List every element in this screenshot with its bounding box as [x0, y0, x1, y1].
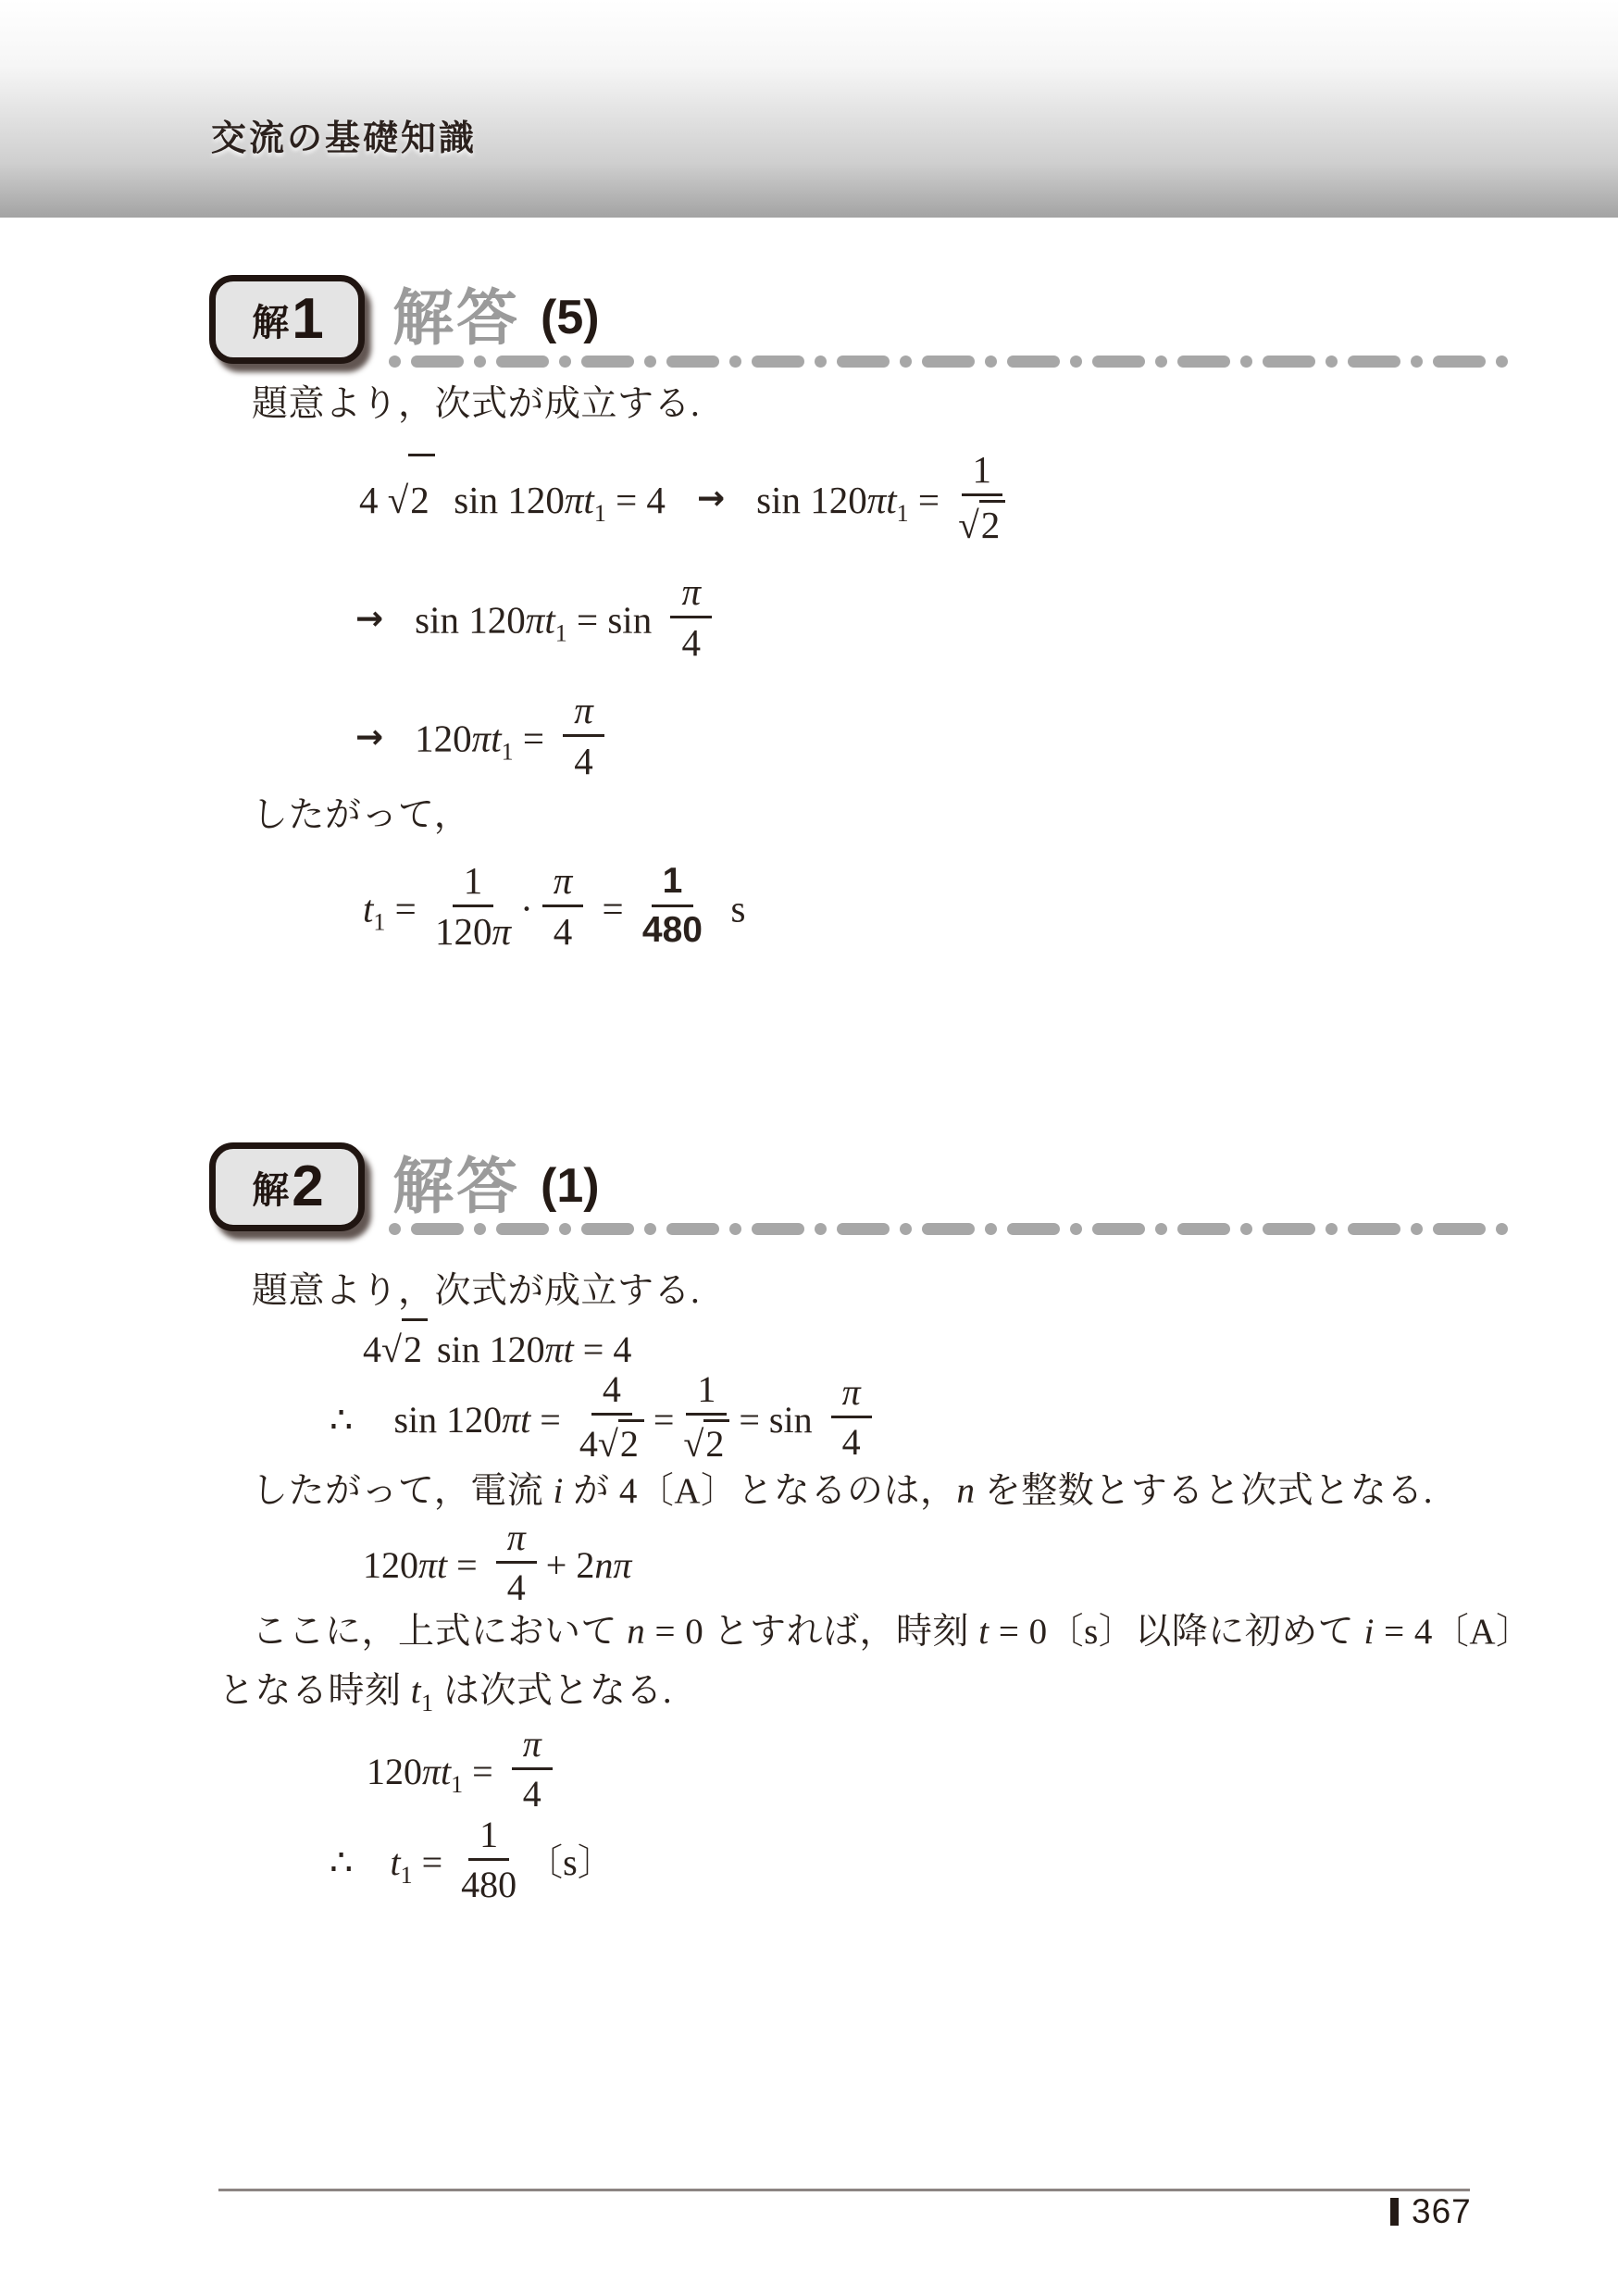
divider-dot — [985, 1223, 997, 1235]
divider-dot — [985, 356, 997, 368]
divider-dot — [1155, 1223, 1167, 1235]
page-number: 367 — [1390, 2192, 1472, 2231]
divider-dash — [581, 1223, 634, 1235]
divider-dot — [1155, 356, 1167, 368]
paragraph: となる時刻 t1 は次式となる. — [218, 1670, 672, 1717]
paragraph: 題意より，次式が成立する. — [252, 383, 700, 427]
divider-dash — [922, 356, 975, 368]
divider-dash — [411, 356, 464, 368]
math-line: →120πt1 = π4 — [355, 696, 614, 763]
badge-number: 2 — [292, 1158, 321, 1216]
divider-dot — [815, 356, 827, 368]
dashed-divider — [389, 355, 1508, 368]
divider-dash — [1348, 1223, 1400, 1235]
divider-dot — [1240, 356, 1252, 368]
solution-badge-2: 解 2 — [209, 1142, 365, 1231]
solution-title-1: 解答 (5) — [392, 278, 600, 357]
solution-answer-number: (1) — [541, 1162, 600, 1210]
math-line: →sin 120πt1 = sin π4 — [355, 578, 721, 648]
badge-kanji: 解 — [252, 293, 289, 346]
math-line: ∴t1 = 1480〔s〕 — [330, 1816, 615, 1909]
divider-dash — [1177, 356, 1230, 368]
divider-dash — [666, 1223, 719, 1235]
solution-title-text: 解答 — [392, 1155, 520, 1217]
math-line: 120πt1 = π4 — [367, 1729, 562, 1815]
paragraph: 題意より，次式が成立する. — [252, 1270, 700, 1314]
divider-dot — [559, 356, 571, 368]
badge-number: 1 — [292, 291, 321, 348]
page-header-title: 交流の基礎知識 — [211, 109, 477, 160]
divider-dot — [474, 1223, 486, 1235]
solution-title-2: 解答 (1) — [392, 1146, 600, 1226]
paragraph: ここに，上式において n = 0 とすれば，時刻 t = 0〔s〕以降に初めて … — [252, 1611, 1533, 1654]
divider-dash — [1177, 1223, 1230, 1235]
divider-dot — [1240, 1223, 1252, 1235]
footer-rule — [218, 2189, 1470, 2191]
math-line: ∴sin 120πt = 44√2=1√2= sin π4 — [330, 1374, 881, 1466]
divider-dash — [1348, 356, 1400, 368]
divider-dash — [752, 356, 804, 368]
divider-dot — [474, 356, 486, 368]
divider-dash — [411, 1223, 464, 1235]
divider-dot — [644, 1223, 656, 1235]
math-line: 4 √2 sin 120πt1 = 4→sin 120πt1 = 1√2 — [359, 454, 1014, 537]
badge-kanji: 解 — [252, 1161, 289, 1214]
divider-dot — [729, 1223, 741, 1235]
page-root: 交流の基礎知識 解 1 解答 (5) 題意より，次式が成立する. 4 √2 si… — [0, 0, 1618, 2296]
solution-badge-1: 解 1 — [209, 275, 365, 364]
divider-dot — [1411, 356, 1423, 368]
divider-dash — [1092, 1223, 1145, 1235]
divider-dash — [837, 1223, 890, 1235]
math-line: 120πt = π4+ 2nπ — [363, 1524, 631, 1607]
dashed-divider — [389, 1222, 1508, 1235]
divider-dash — [1263, 356, 1315, 368]
divider-dash — [496, 1223, 549, 1235]
divider-dot — [1326, 356, 1338, 368]
divider-dot — [1411, 1223, 1423, 1235]
divider-dot — [389, 356, 401, 368]
divider-dot — [900, 356, 912, 368]
math-line: 4√2 sin 120πt = 4 — [363, 1318, 631, 1372]
divider-dot — [900, 1223, 912, 1235]
header-band: 交流の基礎知識 — [0, 0, 1618, 218]
divider-dash — [1007, 356, 1060, 368]
page-number-bar — [1390, 2198, 1399, 2226]
paragraph: したがって， — [252, 794, 470, 838]
divider-dot — [389, 1223, 401, 1235]
divider-dash — [1263, 1223, 1315, 1235]
divider-dash — [752, 1223, 804, 1235]
divider-dash — [837, 356, 890, 368]
divider-dot — [1326, 1223, 1338, 1235]
divider-dash — [666, 356, 719, 368]
divider-dash — [581, 356, 634, 368]
divider-dot — [1496, 1223, 1508, 1235]
divider-dot — [729, 356, 741, 368]
divider-dot — [1070, 1223, 1082, 1235]
divider-dash — [1092, 356, 1145, 368]
page-number-text: 367 — [1412, 2192, 1472, 2231]
divider-dash — [1433, 1223, 1486, 1235]
divider-dash — [1433, 356, 1486, 368]
divider-dot — [815, 1223, 827, 1235]
divider-dot — [559, 1223, 571, 1235]
divider-dot — [1496, 356, 1508, 368]
divider-dash — [496, 356, 549, 368]
divider-dash — [922, 1223, 975, 1235]
solution-title-text: 解答 — [392, 287, 520, 348]
divider-dot — [1070, 356, 1082, 368]
paragraph: したがって，電流 i が 4〔A〕となるのは，n を整数とすると次式となる. — [252, 1470, 1433, 1514]
divider-dash — [1007, 1223, 1060, 1235]
math-line: t1 = 1120π·π4 = 1480 s — [363, 867, 745, 939]
divider-dot — [644, 356, 656, 368]
solution-answer-number: (5) — [541, 293, 600, 342]
